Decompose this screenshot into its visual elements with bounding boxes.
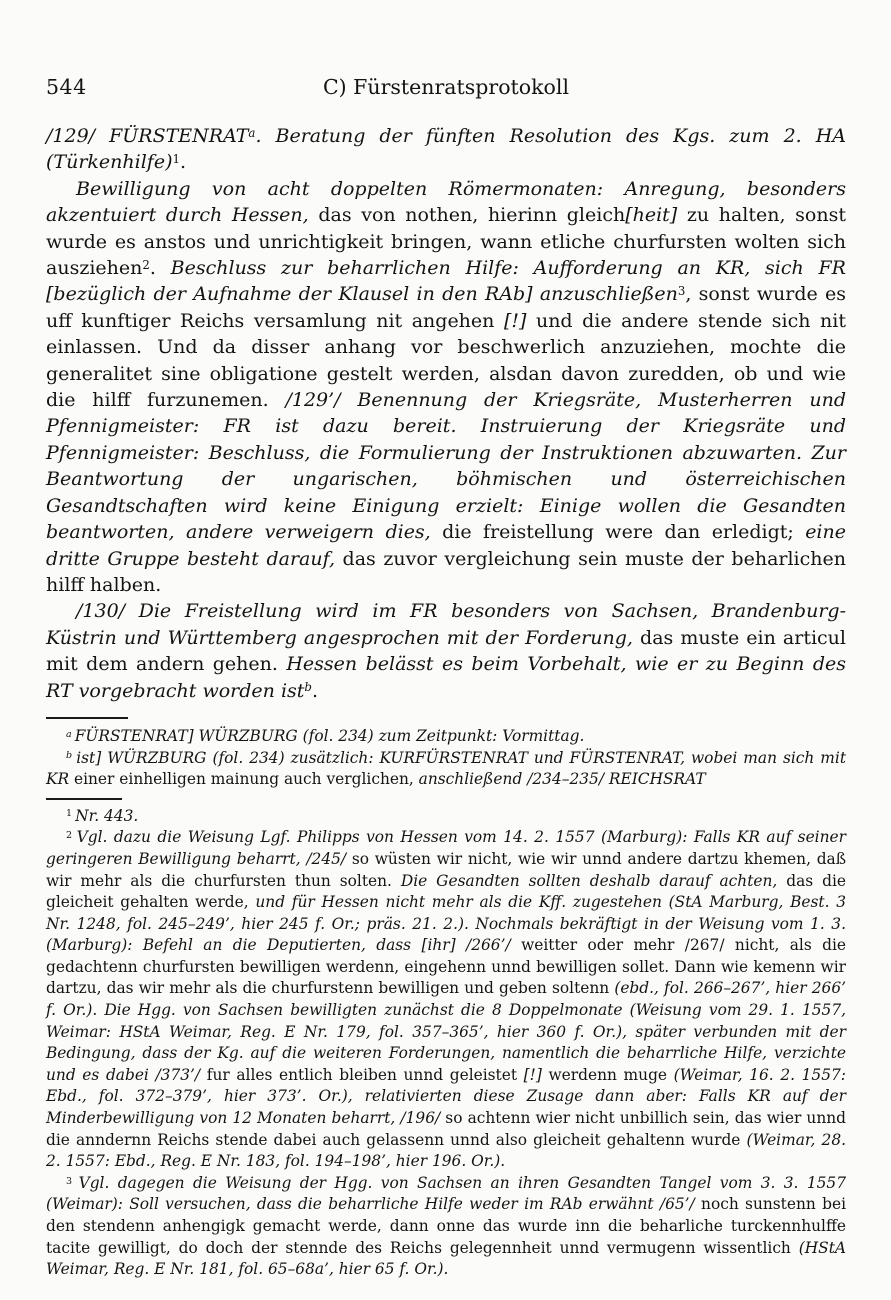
superscript-marker: 1: [66, 808, 75, 819]
text-run: werdenn muge: [542, 1066, 674, 1084]
text-run: [!]: [524, 1066, 542, 1084]
book-page: 544 C) Fürstenratsprotokoll /129/ FÜRSTE…: [0, 0, 891, 1300]
superscript-marker: b: [66, 750, 76, 761]
superscript-marker: 3: [66, 1176, 79, 1187]
footnotes: 1 Nr. 443. 2 Vgl. dazu die Weisung Lgf. …: [46, 806, 846, 1281]
superscript-marker: a: [66, 729, 75, 740]
text-run: [heit]: [625, 204, 677, 226]
text-run: die freistellung were dan erledigt;: [431, 521, 805, 543]
text-run: FÜRSTENRAT] WÜRZBURG (fol. 234) zum Zeit…: [75, 727, 585, 745]
text-run: fur alles entlich bleiben unnd geleistet: [200, 1066, 524, 1084]
paragraph-heading: /129/ FÜRSTENRATa. Beratung der fünften …: [46, 123, 846, 176]
superscript-marker: 3: [678, 284, 686, 298]
footnote-2: 2 Vgl. dazu die Weisung Lgf. Philipps vo…: [46, 827, 846, 1173]
text-run: /129’/ Benennung der Kriegsräte, Musterh…: [46, 389, 846, 543]
text-run: Nr. 443.: [75, 807, 138, 825]
main-text: /129/ FÜRSTENRATa. Beratung der fünften …: [46, 123, 846, 704]
paragraph-body-1: Bewilligung von acht doppelten Römermona…: [46, 176, 846, 599]
footnote-1: 1 Nr. 443.: [46, 806, 846, 828]
text-run: /129/ FÜRSTENRAT: [46, 125, 248, 147]
paragraph-body-2: /130/ Die Freistellung wird im FR besond…: [46, 598, 846, 704]
text-run: .: [150, 257, 171, 279]
text-run: anschließend /234–235/ REICHSRAT: [419, 770, 706, 788]
apparatus-separator-rule: [46, 717, 128, 719]
apparatus-notes: a FÜRSTENRAT] WÜRZBURG (fol. 234) zum Ze…: [46, 726, 846, 791]
text-run: .: [312, 680, 318, 702]
text-run: Die Gesandten sollten deshalb darauf ach…: [401, 872, 777, 890]
superscript-marker: 1: [172, 152, 180, 166]
superscript-marker: a: [248, 126, 255, 140]
superscript-marker: 2: [142, 258, 150, 272]
running-header-title: C) Fürstenratsprotokoll: [46, 74, 846, 100]
text-run: das von nothen, hierinn gleich: [309, 204, 626, 226]
text-run: [!]: [504, 310, 526, 332]
page-number: 544: [46, 74, 87, 100]
apparatus-note-a: a FÜRSTENRAT] WÜRZBURG (fol. 234) zum Ze…: [46, 726, 846, 748]
text-run: einer einhelligen mainung auch vergliche…: [69, 770, 419, 788]
running-head: 544 C) Fürstenratsprotokoll: [46, 74, 846, 102]
superscript-marker: 2: [66, 830, 77, 841]
text-run: .: [180, 151, 186, 173]
apparatus-note-b: b ist] WÜRZBURG (fol. 234) zusätzlich: K…: [46, 748, 846, 791]
footnote-separator-rule: [46, 798, 122, 800]
footnote-3: 3 Vgl. dagegen die Weisung der Hgg. von …: [46, 1173, 846, 1281]
superscript-marker: b: [304, 680, 312, 694]
